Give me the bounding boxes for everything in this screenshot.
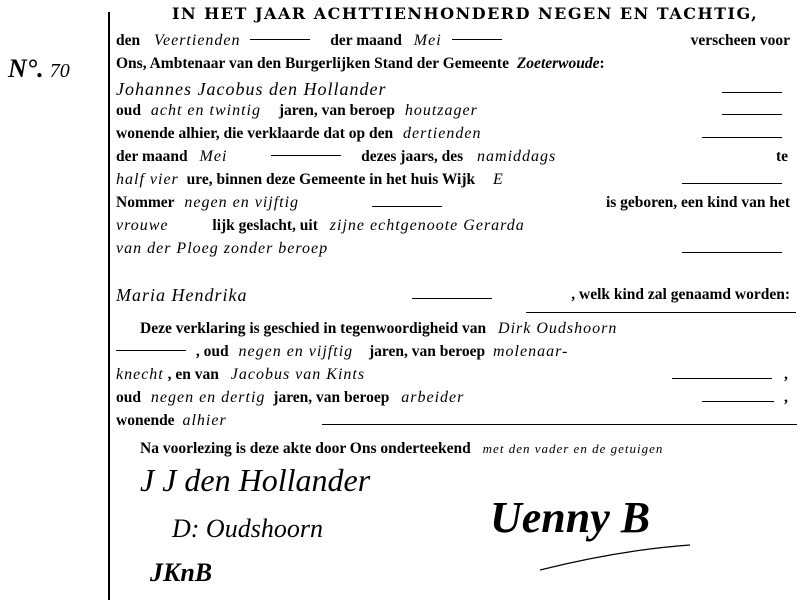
printed-geboren: is geboren, een kind van het <box>606 192 790 214</box>
printed-verscheen: verscheen voor <box>691 30 790 52</box>
line-witness1-age: , oud negen en vijftig jaren, van beroep… <box>116 341 790 363</box>
line-residence: wonende alhier, die verklaarde dat op de… <box>116 123 790 145</box>
municipality: Zoeterwoude <box>517 55 600 72</box>
line-declarant: Johannes Jacobus den Hollander <box>116 78 790 100</box>
handwritten-mother: zijne echtgenoote Gerarda <box>330 217 525 234</box>
line-witness1: Deze verklaring is geschied in tegenwoor… <box>140 318 790 340</box>
printed-ure: ure, binnen deze Gemeente in het huis Wi… <box>187 171 476 188</box>
line-witness2: knecht , en van Jacobus van Kints , <box>116 364 790 386</box>
printed-verklaring: Deze verklaring is geschied in tegenwoor… <box>140 320 486 337</box>
printed-jaren-beroep: jaren, van beroep <box>279 102 395 119</box>
handwritten-declarant: Johannes Jacobus den Hollander <box>116 79 386 99</box>
fill-line <box>722 92 782 93</box>
handwritten-witness1-occupation-cont: knecht <box>116 366 164 383</box>
handwritten-witness1-occupation: molenaar- <box>493 343 568 360</box>
handwritten-mother-cont: van der Ploeg zonder beroep <box>116 240 328 257</box>
handwritten-month: Mei <box>414 32 442 49</box>
handwritten-signing-note: met den vader en de getuigen <box>483 441 664 456</box>
handwritten-child-name: Maria Hendrika <box>116 285 247 305</box>
printed-voorlezing: Na voorlezing is deze akte door Ons onde… <box>140 440 471 457</box>
printed-nommer: Nommer <box>116 194 175 211</box>
handwritten-day: Veertienden <box>154 32 241 49</box>
printed-dezes-jaars: dezes jaars, des <box>361 148 463 165</box>
printed-oud: oud <box>116 102 141 119</box>
signature-official: Uenny B <box>490 492 650 543</box>
fill-line <box>372 206 442 207</box>
line-witness-residence: wonende alhier <box>116 410 790 432</box>
line-official: Ons, Ambtenaar van den Burgerlijken Stan… <box>116 53 790 75</box>
printed-oud: , oud <box>196 343 229 360</box>
line-house-number: Nommer negen en vijftig is geboren, een … <box>116 192 790 214</box>
printed-jaren-beroep: jaren, van beroep <box>273 389 389 406</box>
record-number-value: 70 <box>50 60 70 82</box>
printed-wonende: wonende alhier, die verklaarde dat op de… <box>116 125 393 142</box>
printed-den: den <box>116 32 140 49</box>
printed-jaren-beroep: jaren, van beroep <box>369 343 485 360</box>
printed-geslacht: lijk geslacht, uit <box>212 217 318 234</box>
signature-witness1: D: Oudshoorn <box>172 514 323 544</box>
signature-witness2: JKnB <box>150 558 212 588</box>
handwritten-witness2-age: negen en dertig <box>151 389 266 406</box>
fill-line <box>412 298 492 299</box>
fill-line <box>322 424 797 425</box>
signature-father: J J den Hollander <box>140 462 370 499</box>
fill-line <box>722 114 782 115</box>
printed-en-van: , en van <box>168 366 219 383</box>
fill-line <box>452 39 502 40</box>
printed-oud: oud <box>116 389 141 406</box>
comma: , <box>784 364 788 386</box>
line-witness2-age: oud negen en dertig jaren, van beroep ar… <box>116 387 790 409</box>
fill-line <box>271 155 341 156</box>
handwritten-witness2: Jacobus van Kints <box>231 366 365 383</box>
handwritten-residence: alhier <box>182 412 226 429</box>
signature-flourish <box>540 540 700 580</box>
document-title: IN HET JAAR ACHTTIENHONDERD NEGEN EN TAC… <box>172 4 758 23</box>
handwritten-occupation: houtzager <box>405 102 478 119</box>
fill-line <box>526 312 796 313</box>
record-number-label: N°. <box>8 54 44 83</box>
line-hour: half vier ure, binnen deze Gemeente in h… <box>116 169 790 191</box>
margin-rule <box>108 12 110 600</box>
fill-line <box>682 183 782 184</box>
line-date: den Veertienden der maand Mei verscheen … <box>116 30 790 52</box>
record-number: N°.70 <box>8 54 70 84</box>
handwritten-birth-day: dertienden <box>403 125 481 142</box>
fill-line <box>250 39 310 40</box>
printed-te: te <box>776 146 788 168</box>
line-declarant-age: oud acht en twintig jaren, van beroep ho… <box>116 100 790 122</box>
printed-wonende: wonende <box>116 412 175 429</box>
line-sex-mother: vrouwe lijk geslacht, uit zijne echtgeno… <box>116 215 790 237</box>
printed-der-maand: der maand <box>116 148 188 165</box>
handwritten-hour: half vier <box>116 171 179 188</box>
comma: , <box>784 387 788 409</box>
handwritten-age: acht en twintig <box>151 102 261 119</box>
line-mother-cont: van der Ploeg zonder beroep <box>116 238 790 260</box>
handwritten-wijk: E <box>493 171 504 188</box>
handwritten-house-number: negen en vijftig <box>184 194 299 211</box>
handwritten-sex: vrouwe <box>116 217 169 234</box>
handwritten-witness1: Dirk Oudshoorn <box>498 320 617 337</box>
colon: : <box>600 55 605 72</box>
line-birth-month: der maand Mei dezes jaars, des namiddags… <box>116 146 790 168</box>
fill-line <box>672 378 772 379</box>
fill-line <box>116 350 186 351</box>
fill-line <box>702 401 774 402</box>
handwritten-time-of-day: namiddags <box>477 148 556 165</box>
handwritten-witness1-age: negen en vijftig <box>239 343 354 360</box>
handwritten-birth-month: Mei <box>200 148 228 165</box>
fill-line <box>682 252 782 253</box>
printed-genaamd: , welk kind zal genaamd worden: <box>571 284 790 306</box>
handwritten-witness2-occupation: arbeider <box>401 389 464 406</box>
fill-line <box>702 137 782 138</box>
line-signing: Na voorlezing is deze akte door Ons onde… <box>140 438 790 460</box>
line-child-name: Maria Hendrika , welk kind zal genaamd w… <box>116 284 790 306</box>
printed-official: Ons, Ambtenaar van den Burgerlijken Stan… <box>116 55 509 72</box>
printed-der-maand: der maand <box>330 32 402 49</box>
